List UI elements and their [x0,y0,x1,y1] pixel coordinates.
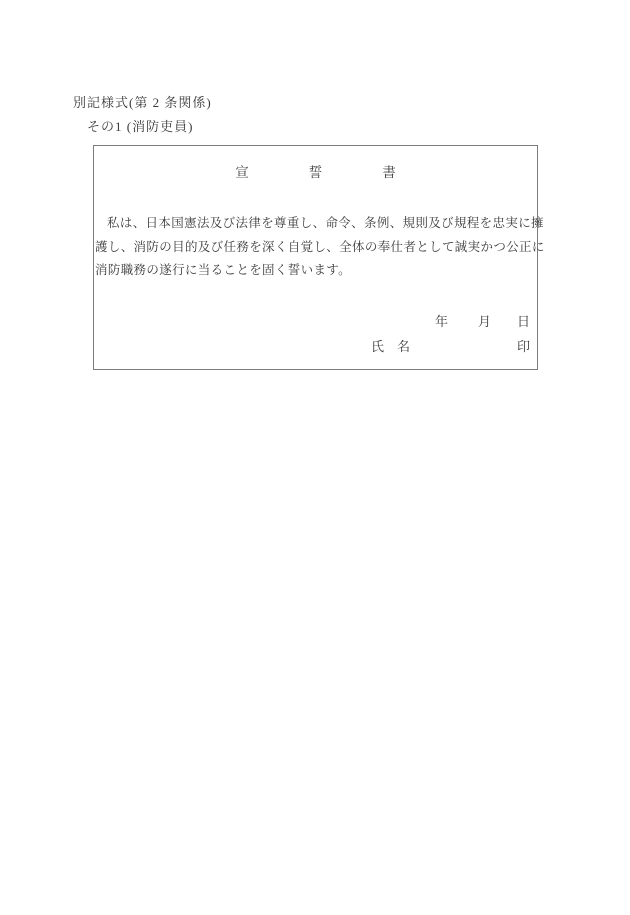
oath-body-line-1: 私は、日本国憲法及び法律を尊重し、命令、条例、規則及び規程を忠実に擁 [95,212,545,236]
oath-body-paragraph: 私は、日本国憲法及び法律を尊重し、命令、条例、規則及び規程を忠実に擁 護し、消防… [95,212,545,283]
oath-box: 宣 誓 書 私は、日本国憲法及び法律を尊重し、命令、条例、規則及び規程を忠実に擁… [93,145,538,370]
signature-name-label: 氏 名 [371,340,410,354]
date-year-label: 年 [435,315,448,329]
form-part-label: その1 (消防吏員) [87,119,193,134]
date-month-label: 月 [478,315,491,329]
oath-title-char-1: 宣 [235,165,249,181]
date-day-label: 日 [517,315,530,329]
oath-title-char-2: 誓 [309,165,323,181]
document-page: 別記様式(第 2 条関係) その1 (消防吏員) 宣 誓 書 私は、日本国憲法及… [0,0,630,915]
signature-seal-label: 印 [517,340,530,354]
oath-body-line-2: 護し、消防の目的及び任務を深く自覚し、全体の奉仕者として誠実かつ公正に [95,236,545,260]
oath-title-char-3: 書 [382,165,396,181]
oath-body-line-3: 消防職務の遂行に当ることを固く誓います。 [95,259,545,283]
form-reference-label: 別記様式(第 2 条関係) [73,95,212,110]
oath-title: 宣 誓 書 [94,165,537,181]
